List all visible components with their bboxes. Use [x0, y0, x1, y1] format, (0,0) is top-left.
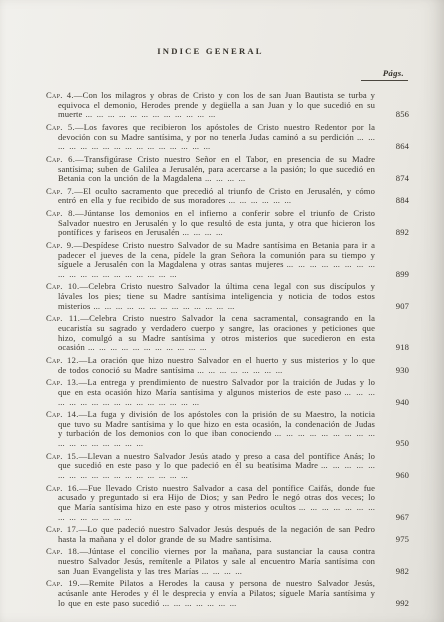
index-entry: Cap. 16.—Fue llevado Cristo nuestro Salv… — [46, 484, 409, 523]
entry-chapter-label: Cap. 8.— — [46, 208, 84, 218]
entry-leader-dots: ... ... ... ... ... ... ... — [163, 598, 237, 608]
entry-leader-dots: ... ... ... ... — [202, 566, 242, 576]
entry-leader-dots: ... ... ... ... ... ... ... ... ... ... … — [88, 342, 207, 352]
entry-page-number: 960 — [396, 471, 409, 481]
entry-chapter-label: Cap. 10.— — [46, 281, 88, 291]
index-entry: Cap. 18.—Júntase el concilio viernes por… — [46, 547, 409, 576]
entry-page-number: 907 — [396, 302, 409, 312]
index-entry: Cap. 7.—El oculto sacramento que precedi… — [46, 187, 409, 206]
page-column-header: Págs. — [361, 68, 408, 81]
entry-page-number: 967 — [396, 513, 409, 523]
entry-leader-dots: ... ... ... ... — [182, 227, 222, 237]
index-entry: Cap. 9.—Despídese Cristo nuestro Salvado… — [46, 241, 409, 280]
entry-page-number: 856 — [396, 110, 409, 120]
index-entry: Cap. 12.—La oración que hizo nuestro Sal… — [46, 356, 409, 375]
entry-text: Los favores que recibieron los apóstoles… — [58, 122, 375, 142]
entry-page-number: 899 — [396, 270, 409, 280]
entry-leader-dots: ... ... ... ... ... ... ... ... ... ... … — [85, 109, 215, 119]
entry-chapter-label: Cap. 14.— — [46, 409, 88, 419]
index-entry: Cap. 13.—La entrega y prendimiento de nu… — [46, 378, 409, 407]
entry-chapter-label: Cap. 18.— — [46, 546, 88, 556]
entry-page-number: 950 — [396, 439, 409, 449]
entry-chapter-label: Cap. 11.— — [46, 313, 89, 323]
entry-chapter-label: Cap. 12.— — [46, 355, 88, 365]
entry-page-number: 874 — [396, 174, 409, 184]
index-entry: Cap. 15.—Llevan a nuestro Salvador Jesús… — [46, 452, 409, 481]
entry-page-number: 940 — [396, 398, 409, 408]
entry-chapter-label: Cap. 5.— — [46, 122, 84, 132]
entry-page-number: 884 — [396, 196, 409, 206]
index-entry: Cap. 4.—Con los milagros y obras de Cris… — [46, 91, 409, 120]
entry-page-number: 892 — [396, 228, 409, 238]
entry-chapter-label: Cap. 9.— — [46, 240, 83, 250]
entry-leader-dots: ... ... ... ... ... ... ... ... — [197, 365, 282, 375]
entry-text: El oculto sacramento que precedió al tri… — [58, 186, 375, 206]
index-entry: Cap. 6.—Transfigúrase Cristo nuestro Señ… — [46, 155, 409, 184]
entry-chapter-label: Cap. 6.— — [46, 154, 84, 164]
index-entry: Cap. 14.—La fuga y división de los apóst… — [46, 410, 409, 449]
entry-chapter-label: Cap. 15.— — [46, 451, 88, 461]
index-entry: Cap. 8.—Júntanse los demonios en el infi… — [46, 209, 409, 238]
entry-chapter-label: Cap. 17.— — [46, 524, 87, 534]
entry-text: Lo que padeció nuestro Salvador Jesús de… — [58, 524, 375, 544]
entry-page-number: 975 — [396, 535, 409, 545]
index-entry: Cap. 11.—Celebra Cristo nuestro Salvador… — [46, 314, 409, 353]
entry-page-number: 918 — [396, 343, 409, 353]
entry-page-number: 982 — [396, 567, 409, 577]
entry-page-number: 992 — [396, 599, 409, 609]
entry-chapter-label: Cap. 13.— — [46, 377, 87, 387]
index-entry: Cap. 10.—Celebra Cristo nuestro Salvador… — [46, 282, 409, 311]
entry-page-number: 930 — [396, 366, 409, 376]
pags-label: Págs. — [361, 68, 408, 78]
index-entry: Cap. 17.—Lo que padeció nuestro Salvador… — [46, 525, 409, 544]
entry-page-number: 864 — [396, 142, 409, 152]
index-entry: Cap. 19.—Remite Pilatos a Herodes la cau… — [46, 579, 409, 608]
entry-chapter-label: Cap. 19.— — [46, 578, 89, 588]
entry-leader-dots: ... ... ... ... ... ... — [228, 195, 291, 205]
page-title: INDICE GENERAL — [46, 46, 375, 56]
entry-chapter-label: Cap. 4.— — [46, 90, 83, 100]
pags-underline — [361, 80, 408, 81]
entry-leader-dots: ... ... ... ... — [205, 173, 245, 183]
entry-chapter-label: Cap. 16.— — [46, 483, 88, 493]
entry-chapter-label: Cap. 7.— — [46, 186, 83, 196]
entry-leader-dots: ... ... ... ... ... ... ... ... ... ... … — [93, 301, 234, 311]
index-entry: Cap. 5.—Los favores que recibieron los a… — [46, 123, 409, 152]
index-entries: Cap. 4.—Con los milagros y obras de Cris… — [46, 91, 409, 611]
book-index-page: INDICE GENERAL Págs. Cap. 4.—Con los mil… — [0, 0, 444, 622]
entry-text: La entrega y prendimiento de nuestro Sal… — [58, 377, 375, 397]
